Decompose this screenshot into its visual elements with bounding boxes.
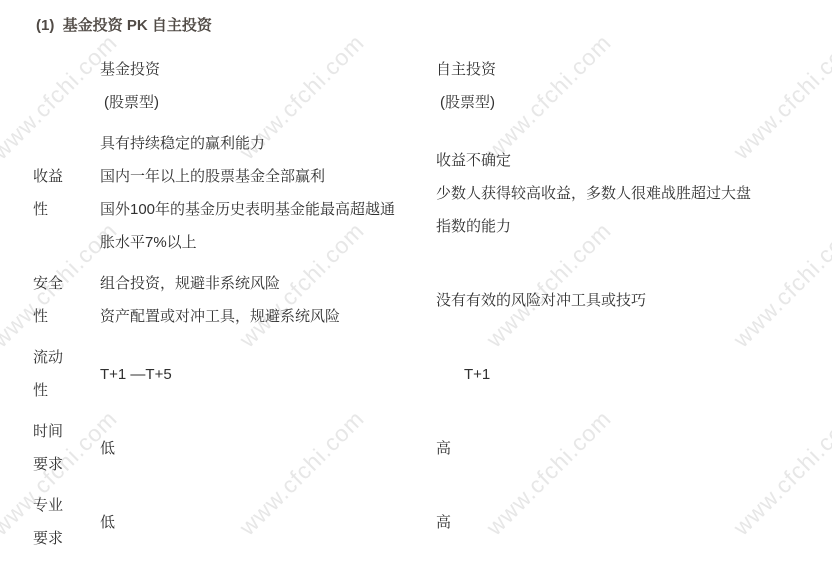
self-cell: 没有有效的风险对冲工具或技巧 xyxy=(436,263,762,337)
column-header-fund-subtitle: (股票型) xyxy=(100,86,400,119)
fund-cell: 具有持续稳定的赢利能力 国内一年以上的股票基金全部赢利 国外100年的基金历史表… xyxy=(100,123,436,263)
row-label: 时间要求 xyxy=(33,411,100,485)
self-cell: 高 xyxy=(436,485,762,559)
column-header-self: 自主投资 (股票型) xyxy=(436,49,762,123)
table-row-liquidity: 流动性 T+1 —T+5 T+1 xyxy=(33,337,762,411)
cell-line: T+1 xyxy=(436,358,762,391)
row-label: 流动性 xyxy=(33,337,100,411)
fund-cell: 组合投资，规避非系统风险 资产配置或对冲工具，规避系统风险 xyxy=(100,263,436,337)
page-title: (1) 基金投资 PK 自主投资 xyxy=(36,16,832,36)
self-cell: T+1 xyxy=(436,337,762,411)
table-row-profitability: 收益性 具有持续稳定的赢利能力 国内一年以上的股票基金全部赢利 国外100年的基… xyxy=(33,123,762,263)
cell-line: 低 xyxy=(100,432,400,465)
cell-line: 少数人获得较高收益，多数人很难战胜超过大盘指数的能力 xyxy=(436,177,762,243)
fund-cell: T+1 —T+5 xyxy=(100,337,436,411)
table-header-row: 基金投资 (股票型) 自主投资 (股票型) xyxy=(33,49,762,123)
article-page: (1) 基金投资 PK 自主投资 基金投资 (股票型) 自主投资 (股票型) 收… xyxy=(0,0,832,559)
table-row-safety: 安全性 组合投资，规避非系统风险 资产配置或对冲工具，规避系统风险 没有有效的风… xyxy=(33,263,762,337)
cell-line: 国外100年的基金历史表明基金能最高超越通胀水平7%以上 xyxy=(100,193,400,259)
cell-line: T+1 —T+5 xyxy=(100,358,400,391)
row-label: 收益性 xyxy=(33,123,100,263)
table-row-expertise-requirement: 专业要求 低 高 xyxy=(33,485,762,559)
cell-line: 具有持续稳定的赢利能力 xyxy=(100,127,400,160)
table-row-time-requirement: 时间要求 低 高 xyxy=(33,411,762,485)
column-header-fund: 基金投资 (股票型) xyxy=(100,49,436,123)
fund-cell: 低 xyxy=(100,411,436,485)
cell-line: 收益不确定 xyxy=(436,144,762,177)
header-label-cell xyxy=(33,49,100,123)
row-label: 专业要求 xyxy=(33,485,100,559)
cell-line: 组合投资，规避非系统风险 xyxy=(100,267,400,300)
column-header-fund-title: 基金投资 xyxy=(100,53,400,86)
self-cell: 高 xyxy=(436,411,762,485)
column-header-self-title: 自主投资 xyxy=(436,53,762,86)
comparison-table: 基金投资 (股票型) 自主投资 (股票型) 收益性 具有持续稳定的赢利能力 国内… xyxy=(33,49,762,559)
cell-line: 高 xyxy=(436,432,762,465)
cell-line: 低 xyxy=(100,506,400,539)
cell-line: 高 xyxy=(436,506,762,539)
row-label: 安全性 xyxy=(33,263,100,337)
cell-line: 国内一年以上的股票基金全部赢利 xyxy=(100,160,400,193)
fund-cell: 低 xyxy=(100,485,436,559)
cell-line: 没有有效的风险对冲工具或技巧 xyxy=(436,284,762,317)
column-header-self-subtitle: (股票型) xyxy=(436,86,762,119)
self-cell: 收益不确定 少数人获得较高收益，多数人很难战胜超过大盘指数的能力 xyxy=(436,123,762,263)
cell-line: 资产配置或对冲工具，规避系统风险 xyxy=(100,300,400,333)
